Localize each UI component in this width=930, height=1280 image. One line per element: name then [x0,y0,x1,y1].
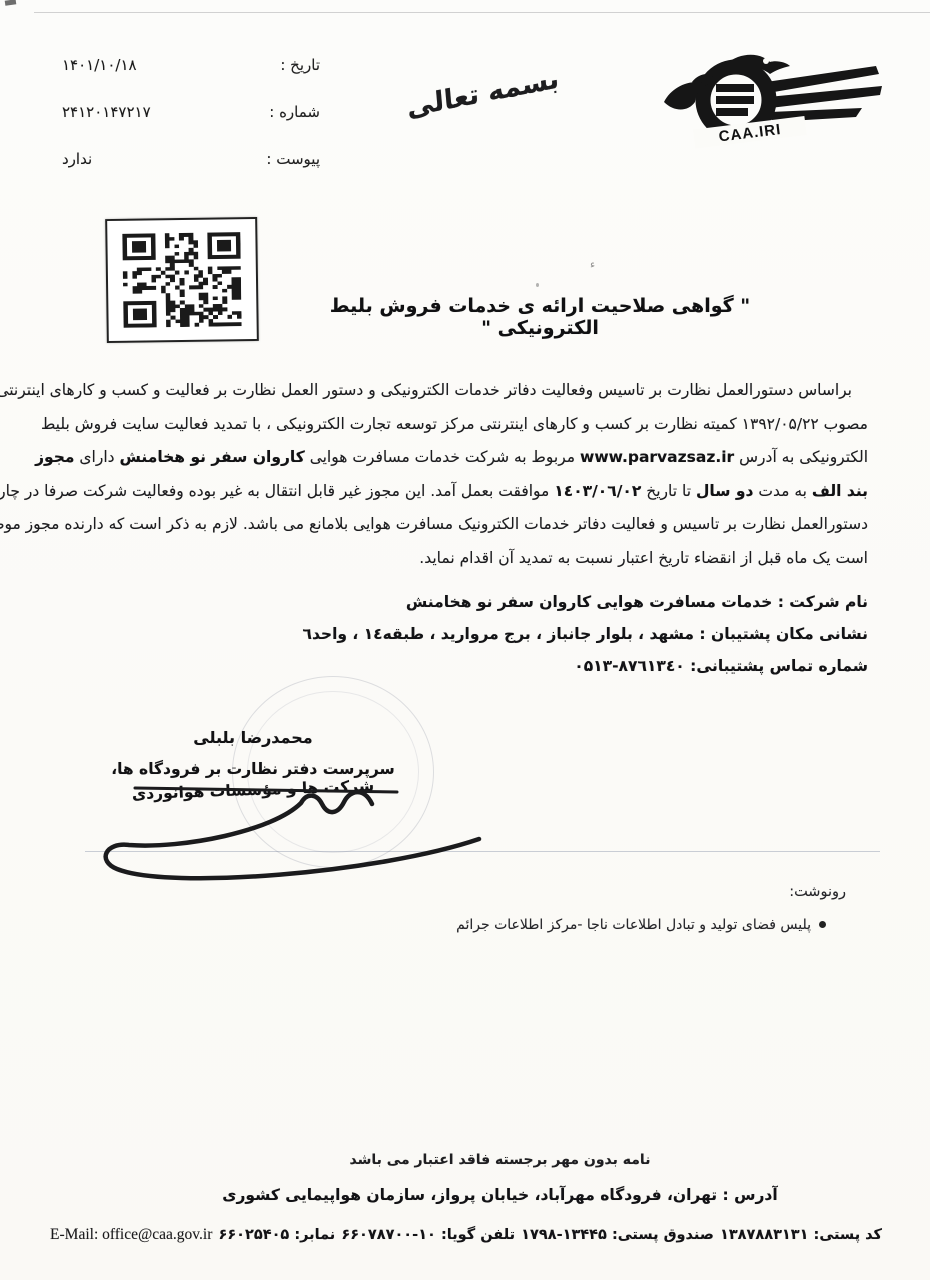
validity-note: نامه بدون مهر برجسته فاقد اعتبار می باشد [35,1152,930,1168]
scan-speck: ء [590,258,595,271]
body-text-segment: موافقت بعمل آمد. این مجوز غیر قابل انتقا… [0,482,554,500]
number-value: ۲۴۱۲۰۱۴۷۲۱۷ [62,97,151,127]
po-box-value: ۱۳۴۴۵-۱۷۹۸ [521,1227,607,1243]
support-phone-value: ۰۵۱۳-۸۷٦۱۳٤۰ [574,657,685,675]
body-text-segment: دو سال [696,482,754,500]
date-label: تاریخ : [280,50,320,80]
postal-code-value: ۱۳۸۷۸۸۳۱۳۱ [720,1227,809,1243]
signature-block: محمدرضا بلبلی سرپرست دفتر نظارت بر فرودگ… [103,728,403,799]
scanned-letter: ء تاریخ : ۱۴۰۱/۱۰/۱۸ شماره : ۲۴۱۲۰۱۴۷۲۱۷… [0,0,930,1280]
footer-contacts: کد پستی: ۱۳۸۷۸۸۳۱۳۱ صندوق پستی: ۱۳۴۴۵-۱۷… [50,1226,882,1244]
letter-body: براساس دستورالعمل نظارت بر تاسیس وفعالیت… [62,374,868,575]
cc-label: رونوشت: [789,884,846,900]
body-text-segment: تا تاریخ [641,482,696,500]
attachment-label: پیوست : [266,144,320,174]
email-label: E-Mail: [50,1226,98,1243]
org-address: آدرس : تهران، فرودگاه مهرآباد، خیابان پر… [35,1186,930,1204]
fax: نمابر: ۶۶۰۲۵۴۰۵ [218,1227,335,1243]
qr-code [105,217,259,343]
attachment-value: ندارد [62,144,92,174]
po-box-label: صندوق پستی: [612,1227,714,1243]
body-text-segment: بند الف [812,482,868,500]
po-box: صندوق پستی: ۱۳۴۴۵-۱۷۹۸ [521,1227,714,1243]
svg-text:سازمان هواپیمایی کشوری: سازمان هواپیمایی کشوری [648,20,655,23]
number-label: شماره : [269,97,320,127]
phone-label: تلفن گویا: [441,1227,515,1243]
caa-bird-icon: سازمان هواپیمایی کشوری CAA.IRI [648,20,886,158]
postal-code: کد پستی: ۱۳۸۷۸۸۳۱۳۱ [720,1227,882,1243]
email-value: office@caa.gov.ir [102,1226,212,1243]
fax-label: نمابر: [294,1227,335,1243]
letter-title: " گواهی صلاحیت ارائه ی خدمات فروش بلیط ا… [300,295,780,339]
bismillah-calligraphy: بسمه تعالی [398,62,568,125]
body-line: بند الف به مدت دو سال تا تاریخ ١٤٠٣/٠٦/٠… [62,475,868,509]
scan-artifact-line [85,851,880,852]
support-phone-label: شماره تماس پشتیبانی: [685,657,868,675]
meta-attachment-row: پیوست : ندارد [62,144,320,174]
meta-number-row: شماره : ۲۴۱۲۰۱۴۷۲۱۷ [62,97,320,127]
signatory-name: محمدرضا بلبلی [103,728,403,747]
qr-code-image [122,232,241,328]
body-text-segment: www.parvazsaz.ir [580,448,734,466]
email: E-Mail: office@caa.gov.ir [50,1226,212,1244]
phone-value: ۱۰-۶۶۰۷۸۷۰۰ [341,1227,436,1243]
body-text-segment: به مدت [753,482,811,500]
logo-org-name: سازمان هواپیمایی کشوری [648,20,655,23]
company-name-line: نام شرکت : خدمات مسافرت هوایی کاروان سفر… [62,586,868,618]
body-line: است یک ماه قبل از انقضاء تاریخ اعتبار نس… [62,542,868,576]
body-line: براساس دستورالعمل نظارت بر تاسیس وفعالیت… [62,374,868,408]
company-address-line: نشانی مکان پشتیبان : مشهد ، بلوار جانباز… [62,618,868,650]
phone: تلفن گویا: ۱۰-۶۶۰۷۸۷۰۰ [341,1227,515,1243]
scan-speck [536,283,539,287]
company-phone-line: شماره تماس پشتیبانی: ۰۵۱۳-۸۷٦۱۳٤۰ [62,650,868,682]
body-text-segment: ١٤٠٣/٠٦/٠٢ [554,482,641,500]
body-text-segment: مجوز [35,448,74,466]
body-text-segment: الکترونیکی به آدرس [734,448,868,466]
signatory-title-1: سرپرست دفتر نظارت بر فرودگاه ها، [103,760,403,778]
body-text-segment: مربوط به شرکت خدمات مسافرت هوایی [305,448,580,466]
letter-meta: تاریخ : ۱۴۰۱/۱۰/۱۸ شماره : ۲۴۱۲۰۱۴۷۲۱۷ پ… [62,50,320,191]
body-line: الکترونیکی به آدرس www.parvazsaz.ir مربو… [62,441,868,475]
company-details: نام شرکت : خدمات مسافرت هوایی کاروان سفر… [62,586,868,682]
cc-item: پلیس فضای تولید و تبادل اطلاعات ناجا -مر… [456,917,826,933]
bullet-icon [819,921,826,928]
scan-artifact-mark [5,0,17,6]
body-line: دستورالعمل نظارت بر تاسیس و فعالیت دفاتر… [62,508,868,542]
fax-value: ۶۶۰۲۵۴۰۵ [218,1227,289,1243]
body-text-segment: دارای [74,448,119,466]
cc-item-text: پلیس فضای تولید و تبادل اطلاعات ناجا -مر… [456,917,811,933]
meta-date-row: تاریخ : ۱۴۰۱/۱۰/۱۸ [62,50,320,80]
body-text-segment: کاروان سفر نو هخامنش [119,448,304,466]
body-line: مصوب ۱۳۹۲/۰۵/۲۲ کمیته نظارت بر کسب و کار… [62,408,868,442]
date-value: ۱۴۰۱/۱۰/۱۸ [62,50,137,80]
caa-logo: سازمان هواپیمایی کشوری CAA.IRI [648,20,886,158]
postal-code-label: کد پستی: [814,1227,882,1243]
scan-artifact-line [34,12,930,13]
